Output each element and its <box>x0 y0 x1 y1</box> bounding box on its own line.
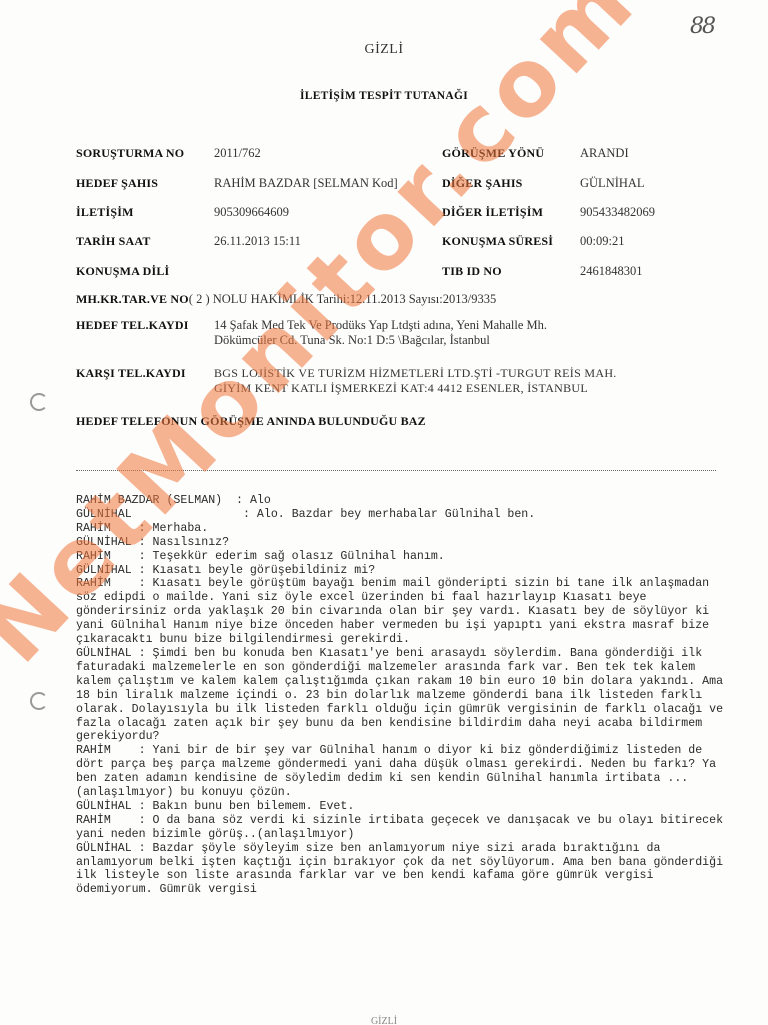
field-target-registration: HEDEF TEL.KAYDI14 Şafak Med Tek Ve Prodü… <box>76 318 547 348</box>
field-label: KARŞI TEL.KAYDI <box>76 366 214 381</box>
field-label: HEDEF TELEFONUN GÖRÜŞME ANINDA BULUNDUĞU… <box>76 414 426 428</box>
field-value: ARANDI <box>580 146 629 160</box>
transcript-entry: RAHİM : Merhaba. <box>76 522 736 536</box>
field-label: KONUŞMA SÜRESİ <box>442 234 580 249</box>
field-label: TARİH SAAT <box>76 234 214 249</box>
field-value: RAHİM BAZDAR [SELMAN Kod] <box>214 176 398 190</box>
field-court-order: MH.KR.TAR.VE NO( 2 ) NOLU HAKİMLİK Tarih… <box>76 292 496 307</box>
field-label: SORUŞTURMA NO <box>76 146 214 161</box>
field-counter-registration: KARŞI TEL.KAYDIBGS LOJİSTİK VE TURİZM Hİ… <box>76 366 617 396</box>
transcript-entry: RAHİM BAZDAR (SELMAN) : Alo <box>76 494 736 508</box>
field-value: GÜLNİHAL <box>580 176 645 190</box>
utterance-text: Teşekkür ederim sağ olasız Gülnihal hanı… <box>153 550 445 563</box>
transcript-entry: RAHİM : Kıasatı beyle görüştüm bayağı be… <box>76 577 736 647</box>
field-value: 905309664609 <box>214 205 289 219</box>
field-tib-id: TIB ID NO2461848301 <box>442 264 643 279</box>
utterance-text: Kıasatı beyle görüşebildiniz mi? <box>153 564 376 577</box>
field-date-time: TARİH SAAT26.11.2013 15:11 <box>76 234 301 249</box>
field-other-communication: DİĞER İLETİŞİM905433482069 <box>442 205 655 220</box>
utterance-text: Kıasatı beyle görüştüm bayağı benim mail… <box>76 577 716 646</box>
speaker-name: GÜLNİHAL : <box>76 800 153 813</box>
field-call-duration: KONUŞMA SÜRESİ00:09:21 <box>442 234 624 249</box>
field-label: DİĞER ŞAHIS <box>442 176 580 191</box>
transcript-entry: GÜLNİHAL : Alo. Bazdar bey merhabalar Gü… <box>76 508 736 522</box>
utterance-text: Alo. Bazdar bey merhabalar Gülnihal ben. <box>257 508 535 521</box>
speaker-name: GÜLNİHAL : <box>76 536 153 549</box>
transcript-entry: RAHİM : O da bana söz verdi ki sizinle i… <box>76 814 736 842</box>
utterance-text: Bazdar şöyle söyleyim size ben anlamıyor… <box>76 842 730 897</box>
handwritten-page-number: 88 <box>690 14 714 39</box>
field-label: DİĞER İLETİŞİM <box>442 205 580 220</box>
field-value-line1: 14 Şafak Med Tek Ve Prodüks Yap Ltdşti a… <box>214 318 547 333</box>
speaker-name: GÜLNİHAL : <box>76 508 257 521</box>
field-communication: İLETİŞİM905309664609 <box>76 205 289 220</box>
transcript-entry: GÜLNİHAL : Bazdar şöyle söyleyim size be… <box>76 842 736 898</box>
transcript-entry: GÜLNİHAL : Bakın bunu ben bilemem. Evet. <box>76 800 736 814</box>
utterance-text: Şimdi ben bu konuda ben Kıasatı'ye beni … <box>76 647 730 743</box>
field-value: ( 2 ) NOLU HAKİMLİK Tarihi:12.11.2013 Sa… <box>189 292 496 306</box>
speaker-name: RAHİM : <box>76 814 153 827</box>
field-value-line2: GİYİM KENT KATLI İŞMERKEZİ KAT:4 4412 ES… <box>214 381 617 396</box>
speaker-name: RAHİM : <box>76 577 153 590</box>
field-label: MH.KR.TAR.VE NO <box>76 292 189 306</box>
punch-hole-mark <box>30 393 48 411</box>
field-call-direction: GÖRÜŞME YÖNÜARANDI <box>442 146 629 161</box>
transcript-entry: GÜLNİHAL : Kıasatı beyle görüşebildiniz … <box>76 564 736 578</box>
speaker-name: RAHİM BAZDAR (SELMAN) : <box>76 494 250 507</box>
field-value: 905433482069 <box>580 205 655 219</box>
field-base-station: HEDEF TELEFONUN GÖRÜŞME ANINDA BULUNDUĞU… <box>76 414 426 429</box>
field-target-person: HEDEF ŞAHISRAHİM BAZDAR [SELMAN Kod] <box>76 176 398 191</box>
transcript-entry: GÜLNİHAL : Şimdi ben bu konuda ben Kıasa… <box>76 647 736 744</box>
field-label: HEDEF TEL.KAYDI <box>76 318 214 333</box>
classification-footer: GİZLİ <box>0 1016 768 1025</box>
utterance-text: Nasılsınız? <box>153 536 230 549</box>
separator-dotted-line <box>76 470 716 471</box>
transcript-entry: GÜLNİHAL : Nasılsınız? <box>76 536 736 550</box>
speaker-name: RAHİM : <box>76 550 153 563</box>
field-value: 2461848301 <box>580 264 643 278</box>
speaker-name: GÜLNİHAL : <box>76 564 153 577</box>
punch-hole-mark <box>30 692 48 710</box>
speaker-name: RAHİM : <box>76 522 153 535</box>
document-page: 88 GİZLİ İLETİŞİM TESPİT TUTANAĞI SORUŞT… <box>0 0 768 1025</box>
utterance-text: Alo <box>250 494 271 507</box>
field-language: KONUŞMA DİLİ <box>76 264 214 279</box>
field-other-person: DİĞER ŞAHISGÜLNİHAL <box>442 176 645 191</box>
field-value-line1: BGS LOJİSTİK VE TURİZM HİZMETLERİ LTD.ŞT… <box>214 366 617 381</box>
transcript-entry: RAHİM : Teşekkür ederim sağ olasız Gülni… <box>76 550 736 564</box>
speaker-name: GÜLNİHAL : <box>76 647 153 660</box>
field-label: İLETİŞİM <box>76 205 214 220</box>
utterance-text: Yani bir de bir şey var Gülnihal hanım o… <box>76 744 723 799</box>
utterance-text: Bakın bunu ben bilemem. Evet. <box>153 800 355 813</box>
speaker-name: RAHİM : <box>76 744 153 757</box>
speaker-name: GÜLNİHAL : <box>76 842 153 855</box>
field-value: 2011/762 <box>214 146 261 160</box>
field-value-line2: Dökümcüler Cd. Tuna Sk. No:1 D:5 \Bağcıl… <box>214 333 547 348</box>
transcript-entry: RAHİM : Yani bir de bir şey var Gülnihal… <box>76 744 736 800</box>
transcript: RAHİM BAZDAR (SELMAN) : AloGÜLNİHAL : Al… <box>76 494 736 897</box>
field-label: KONUŞMA DİLİ <box>76 264 214 279</box>
field-value: 00:09:21 <box>580 234 624 248</box>
field-investigation-no: SORUŞTURMA NO2011/762 <box>76 146 261 161</box>
document-title: İLETİŞİM TESPİT TUTANAĞI <box>0 90 768 102</box>
utterance-text: O da bana söz verdi ki sizinle irtibata … <box>76 814 730 841</box>
field-value: 26.11.2013 15:11 <box>214 234 301 248</box>
field-label: GÖRÜŞME YÖNÜ <box>442 146 580 161</box>
field-label: HEDEF ŞAHIS <box>76 176 214 191</box>
classification-header: GİZLİ <box>0 42 768 58</box>
utterance-text: Merhaba. <box>153 522 209 535</box>
field-label: TIB ID NO <box>442 264 580 279</box>
